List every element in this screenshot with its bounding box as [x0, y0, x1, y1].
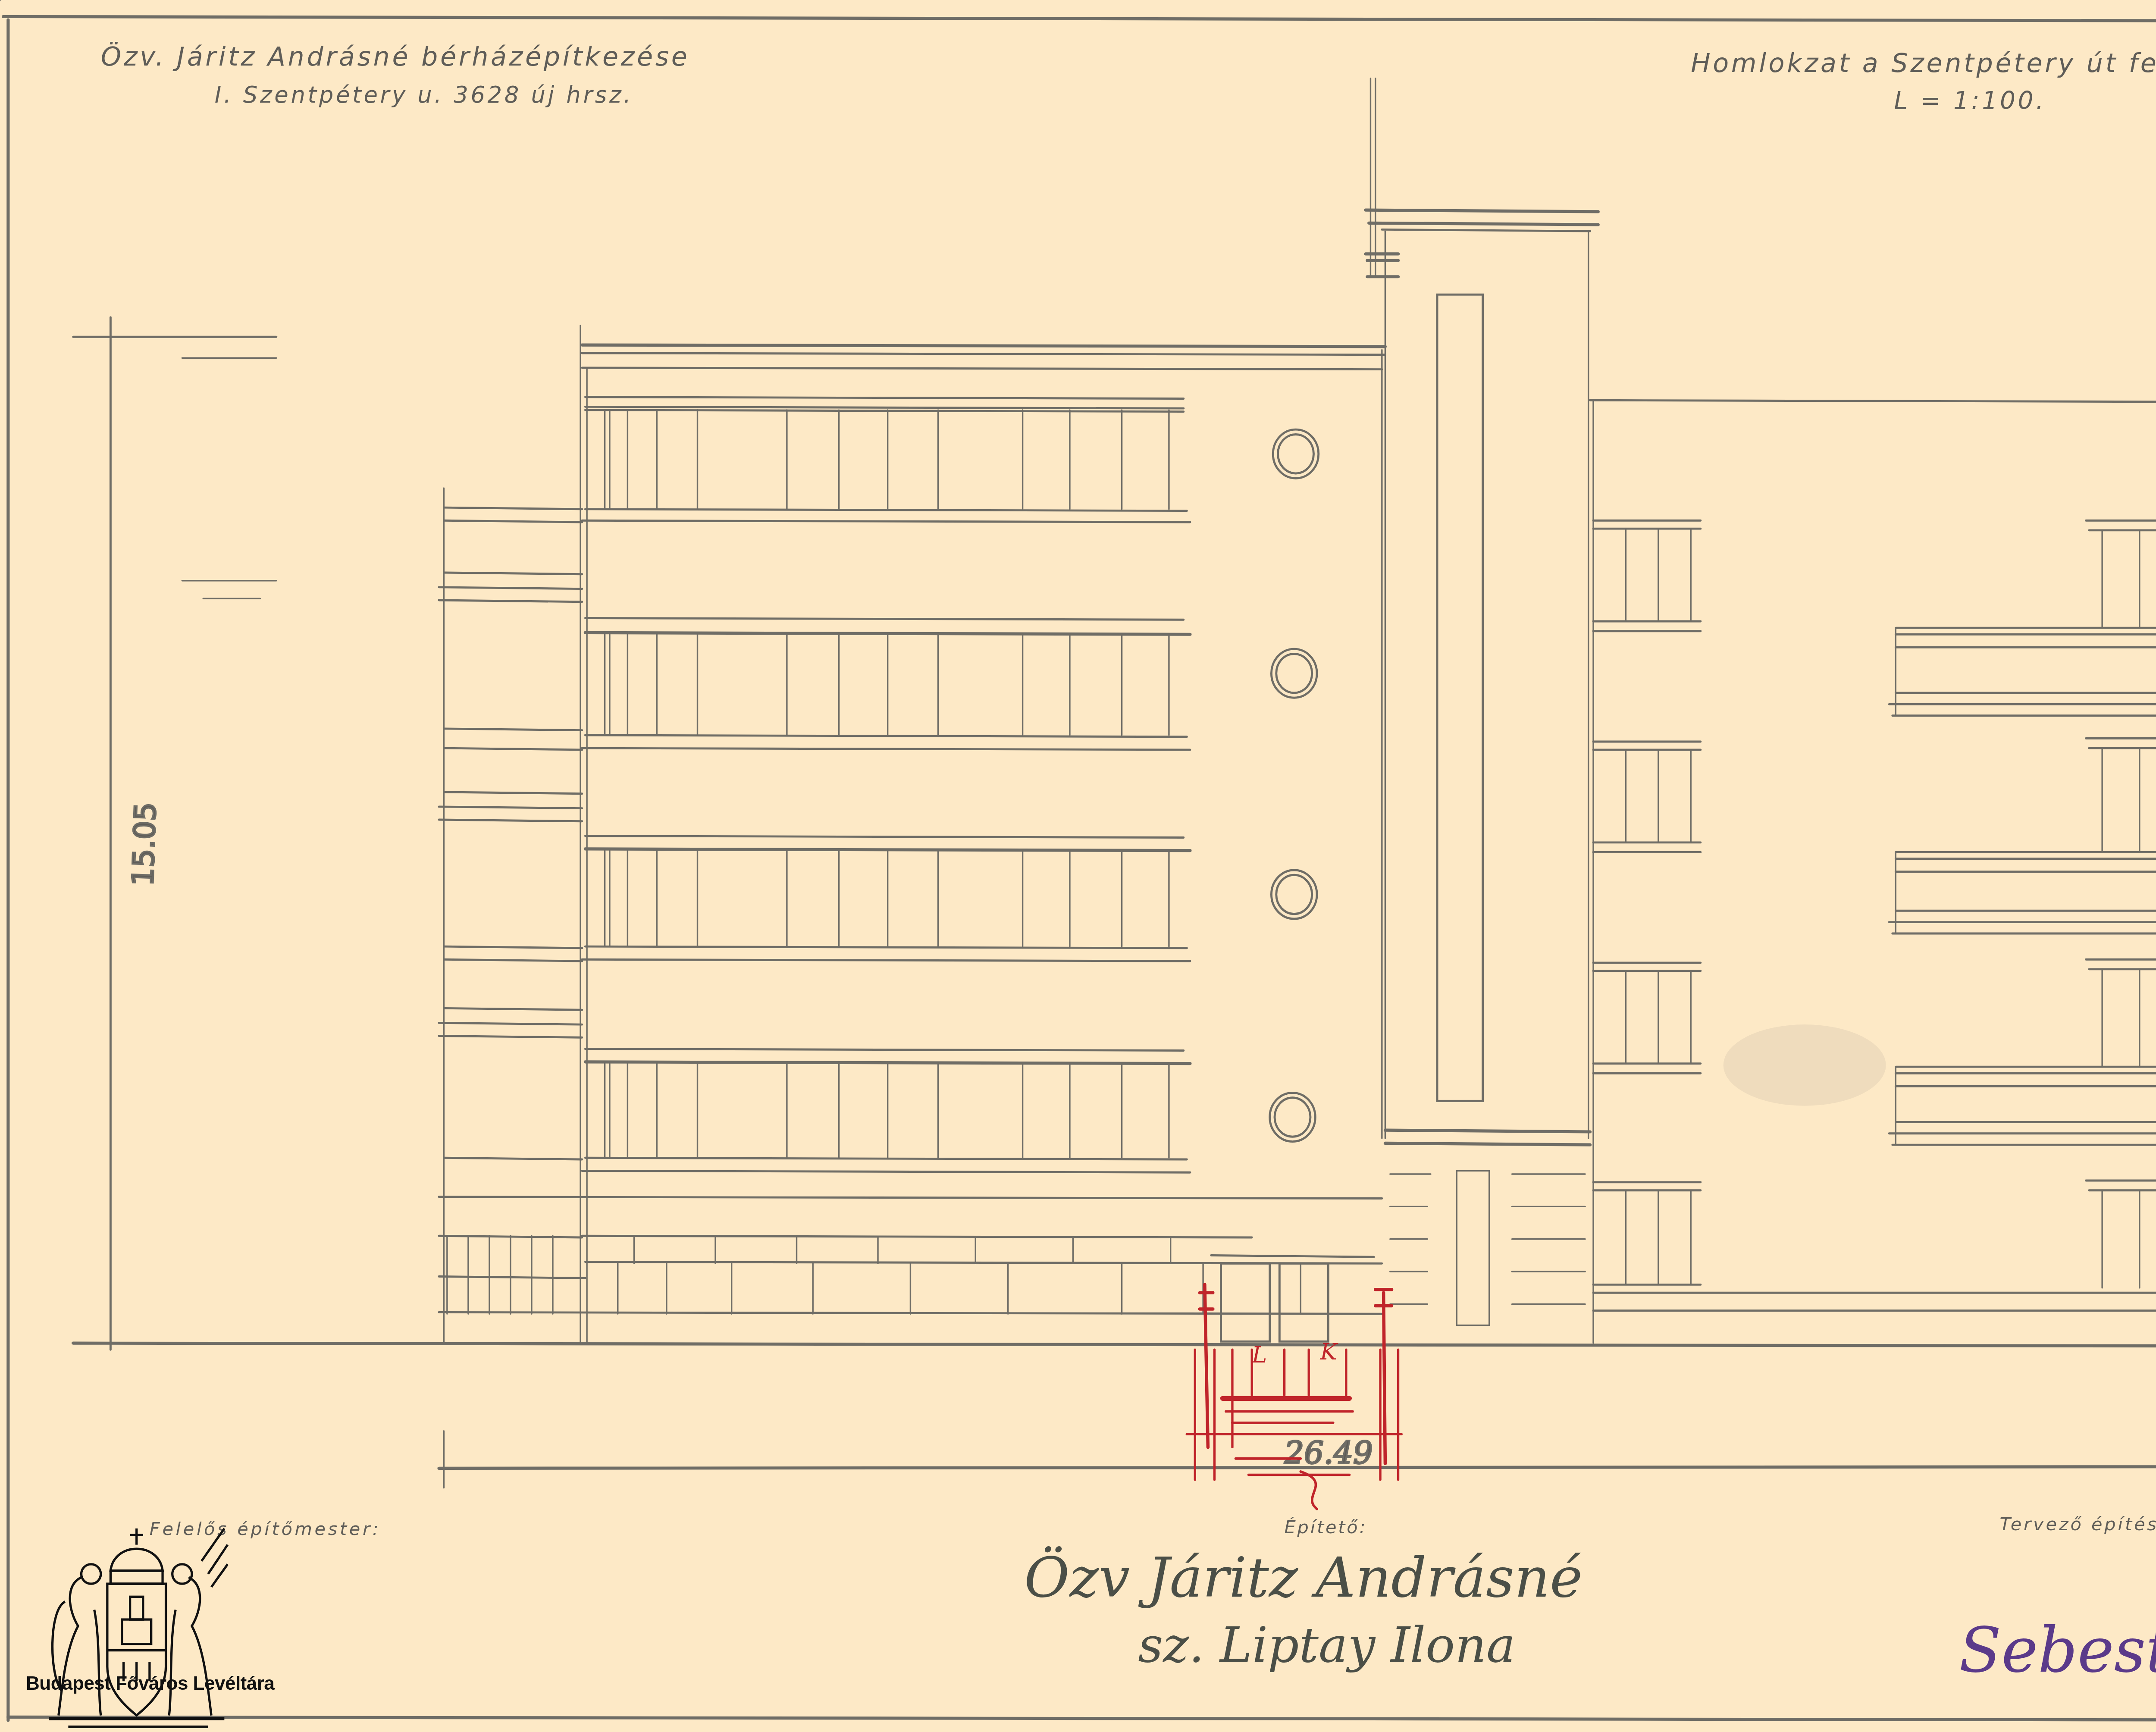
client-label: Építető: [1285, 1517, 1367, 1538]
right-block-windows-left [1593, 520, 1701, 1284]
entrance-dimension-note: 26.49 [1284, 1435, 1373, 1471]
entrance-mark-right: K [1320, 1339, 1338, 1365]
ground-floor-base [0, 0, 1382, 1314]
client-signature-maiden-name: sz. Liptay Ilona [1138, 1616, 1515, 1673]
left-balconies [439, 488, 582, 1343]
project-title: Özv. Járitz Andrásné bérházépítkezése [101, 41, 690, 72]
designer-label: Tervező építészek: [2000, 1514, 2156, 1535]
client-signature: Özv Járitz Andrásné [1024, 1546, 1583, 1610]
window-band-floor-1 [582, 1049, 1190, 1173]
porthole-windows [1270, 429, 1319, 1141]
right-block-balconies [1889, 520, 2156, 1288]
left-height-dimension: 15.05 [126, 802, 163, 886]
title-block: Özv. Járitz Andrásné bérházépítkezése I.… [101, 41, 2156, 116]
entrance-mark-left: L [1251, 1342, 1267, 1368]
sheet-border [3, 16, 2156, 1720]
coat-of-arms-icon [49, 1528, 228, 1732]
archive-logo [49, 1528, 228, 1732]
window-band-floor-2 [582, 836, 1190, 961]
drawing-sheet: 15.05 14.25 26.49 L K Özv. Járitz András… [0, 0, 2156, 1732]
project-address: I. Szentpétery u. 3628 új hrsz. [215, 82, 633, 108]
pencil-smudge [1724, 1024, 1886, 1106]
left-building-block [0, 0, 1385, 1343]
window-band-floor-4 [582, 397, 1190, 522]
stair-tower [1211, 78, 1598, 1342]
red-ink-entrance-correction: L K [1187, 1284, 1401, 1509]
drawing-scale: L = 1:100. [1894, 87, 2046, 115]
archive-caption: Budapest Főváros Levéltára [26, 1673, 274, 1694]
window-band-floor-3 [582, 618, 1190, 750]
right-building-block [1590, 374, 2156, 1343]
designer-signature-2: Sebestyén Endre [1959, 1614, 2156, 1686]
dimension-lines: 15.05 14.25 26.49 [73, 317, 2156, 1488]
signature-block: Felelős építőmester: Építető: Özv Járitz… [150, 1514, 2156, 1686]
responsible-builder-label: Felelős építőmester: [150, 1519, 381, 1539]
facade-drawing: 15.05 14.25 26.49 L K Özv. Járitz András… [0, 0, 2156, 1732]
drawing-title: Homlokzat a Szentpétery út felől. [1691, 48, 2156, 78]
